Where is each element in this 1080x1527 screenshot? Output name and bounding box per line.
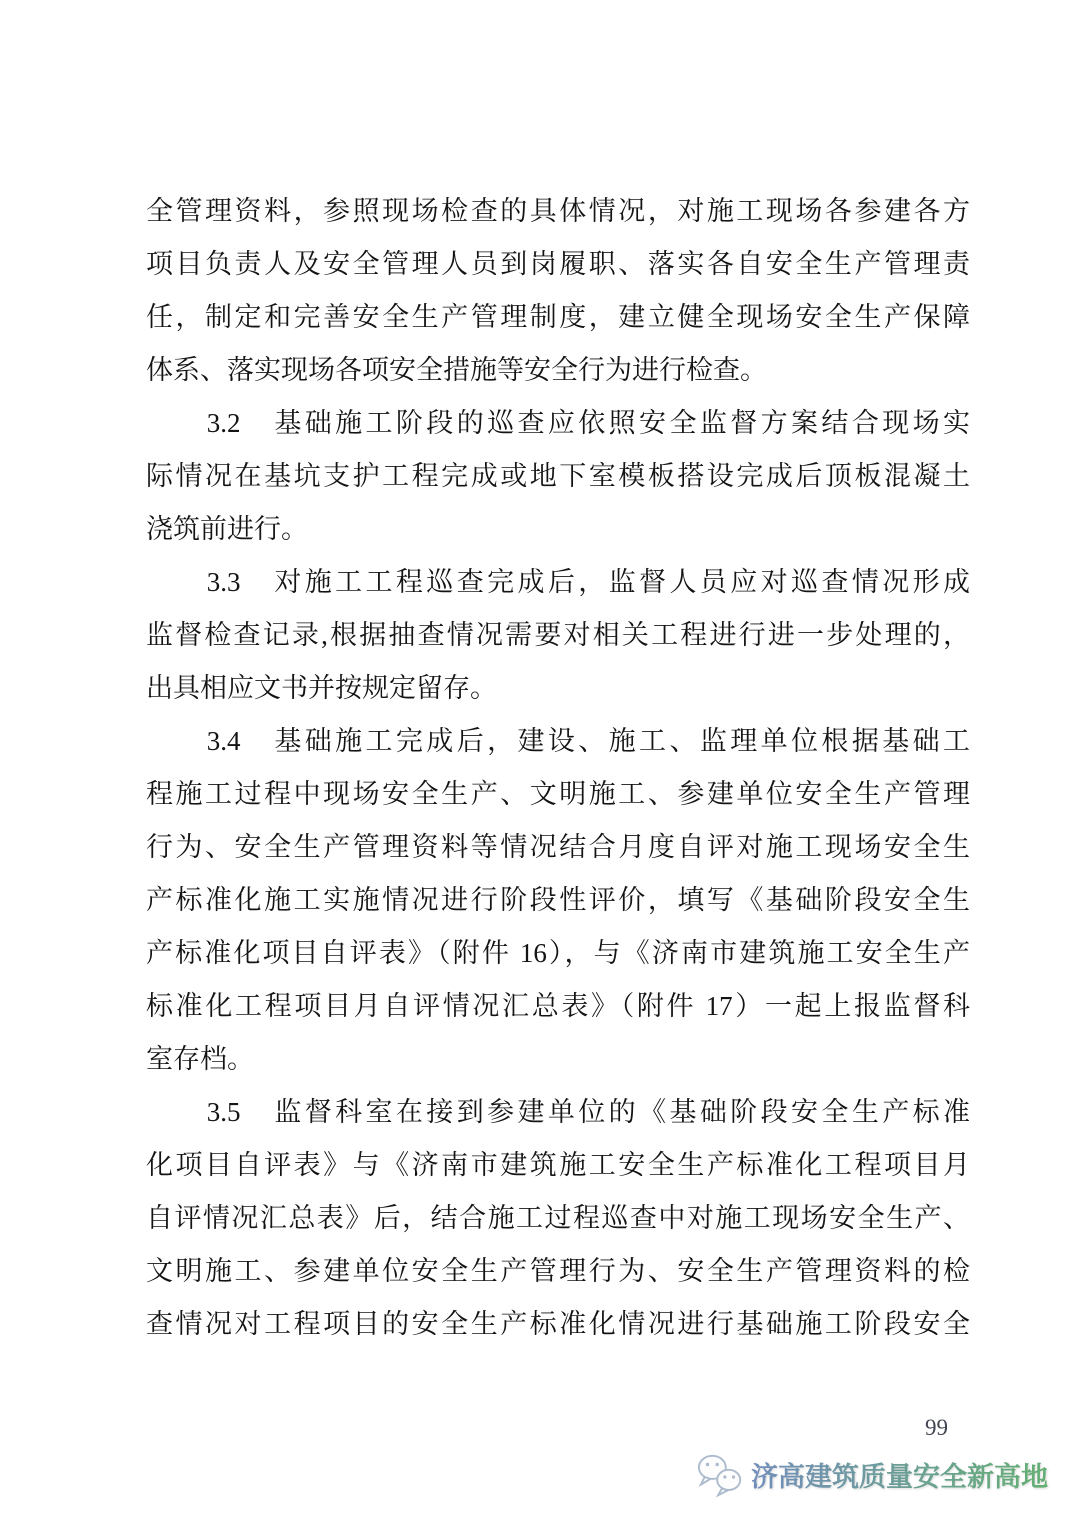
- document-body: 全管理资料，参照现场检查的具体情况，对施工现场各参建各方项目负责人及安全管理人员…: [146, 185, 970, 1351]
- text-line: 全管理资料，参照现场检查的具体情况，对施工现场各参建各方: [146, 185, 970, 238]
- text-line: 任，制定和完善安全生产管理制度，建立健全现场安全生产保障: [146, 291, 970, 344]
- text-line: 3.2 基础施工阶段的巡查应依照安全监督方案结合现场实: [146, 397, 970, 450]
- text-line: 化项目自评表》与《济南市建筑施工安全生产标准化工程项目月: [146, 1139, 970, 1192]
- text-line: 查情况对工程项目的安全生产标准化情况进行基础施工阶段安全: [146, 1298, 970, 1351]
- text-line: 产标准化施工实施情况进行阶段性评价，填写《基础阶段安全生: [146, 874, 970, 927]
- text-line: 行为、安全生产管理资料等情况结合月度自评对施工现场安全生: [146, 821, 970, 874]
- text-line: 产标准化项目自评表》（附件 16），与《济南市建筑施工安全生产: [146, 927, 970, 980]
- footer-watermark: 济高建筑质量安全新高地: [696, 1452, 1048, 1502]
- text-line: 室存档。: [146, 1033, 970, 1086]
- text-line: 文明施工、参建单位安全生产管理行为、安全生产管理资料的检: [146, 1245, 970, 1298]
- text-line: 自评情况汇总表》后，结合施工过程巡查中对施工现场安全生产、: [146, 1192, 970, 1245]
- text-line: 出具相应文书并按规定留存。: [146, 662, 970, 715]
- text-line: 标准化工程项目月自评情况汇总表》（附件 17）一起上报监督科: [146, 980, 970, 1033]
- text-line: 监督检查记录,根据抽查情况需要对相关工程进行进一步处理的，: [146, 609, 970, 662]
- text-line: 3.4 基础施工完成后，建设、施工、监理单位根据基础工: [146, 715, 970, 768]
- text-line: 体系、落实现场各项安全措施等安全行为进行检查。: [146, 344, 970, 397]
- page-number: 99: [925, 1416, 948, 1439]
- text-line: 浇筑前进行。: [146, 503, 970, 556]
- document-page: 全管理资料，参照现场检查的具体情况，对施工现场各参建各方项目负责人及安全管理人员…: [0, 0, 1080, 1527]
- text-line: 3.3 对施工工程巡查完成后，监督人员应对巡查情况形成: [146, 556, 970, 609]
- text-line: 项目负责人及安全管理人员到岗履职、落实各自安全生产管理责: [146, 238, 970, 291]
- wechat-icon: [696, 1452, 746, 1502]
- text-line: 程施工过程中现场安全生产、文明施工、参建单位安全生产管理: [146, 768, 970, 821]
- text-line: 3.5 监督科室在接到参建单位的《基础阶段安全生产标准: [146, 1086, 970, 1139]
- text-line: 际情况在基坑支护工程完成或地下室模板搭设完成后顶板混凝土: [146, 450, 970, 503]
- watermark-text: 济高建筑质量安全新高地: [751, 1452, 1048, 1502]
